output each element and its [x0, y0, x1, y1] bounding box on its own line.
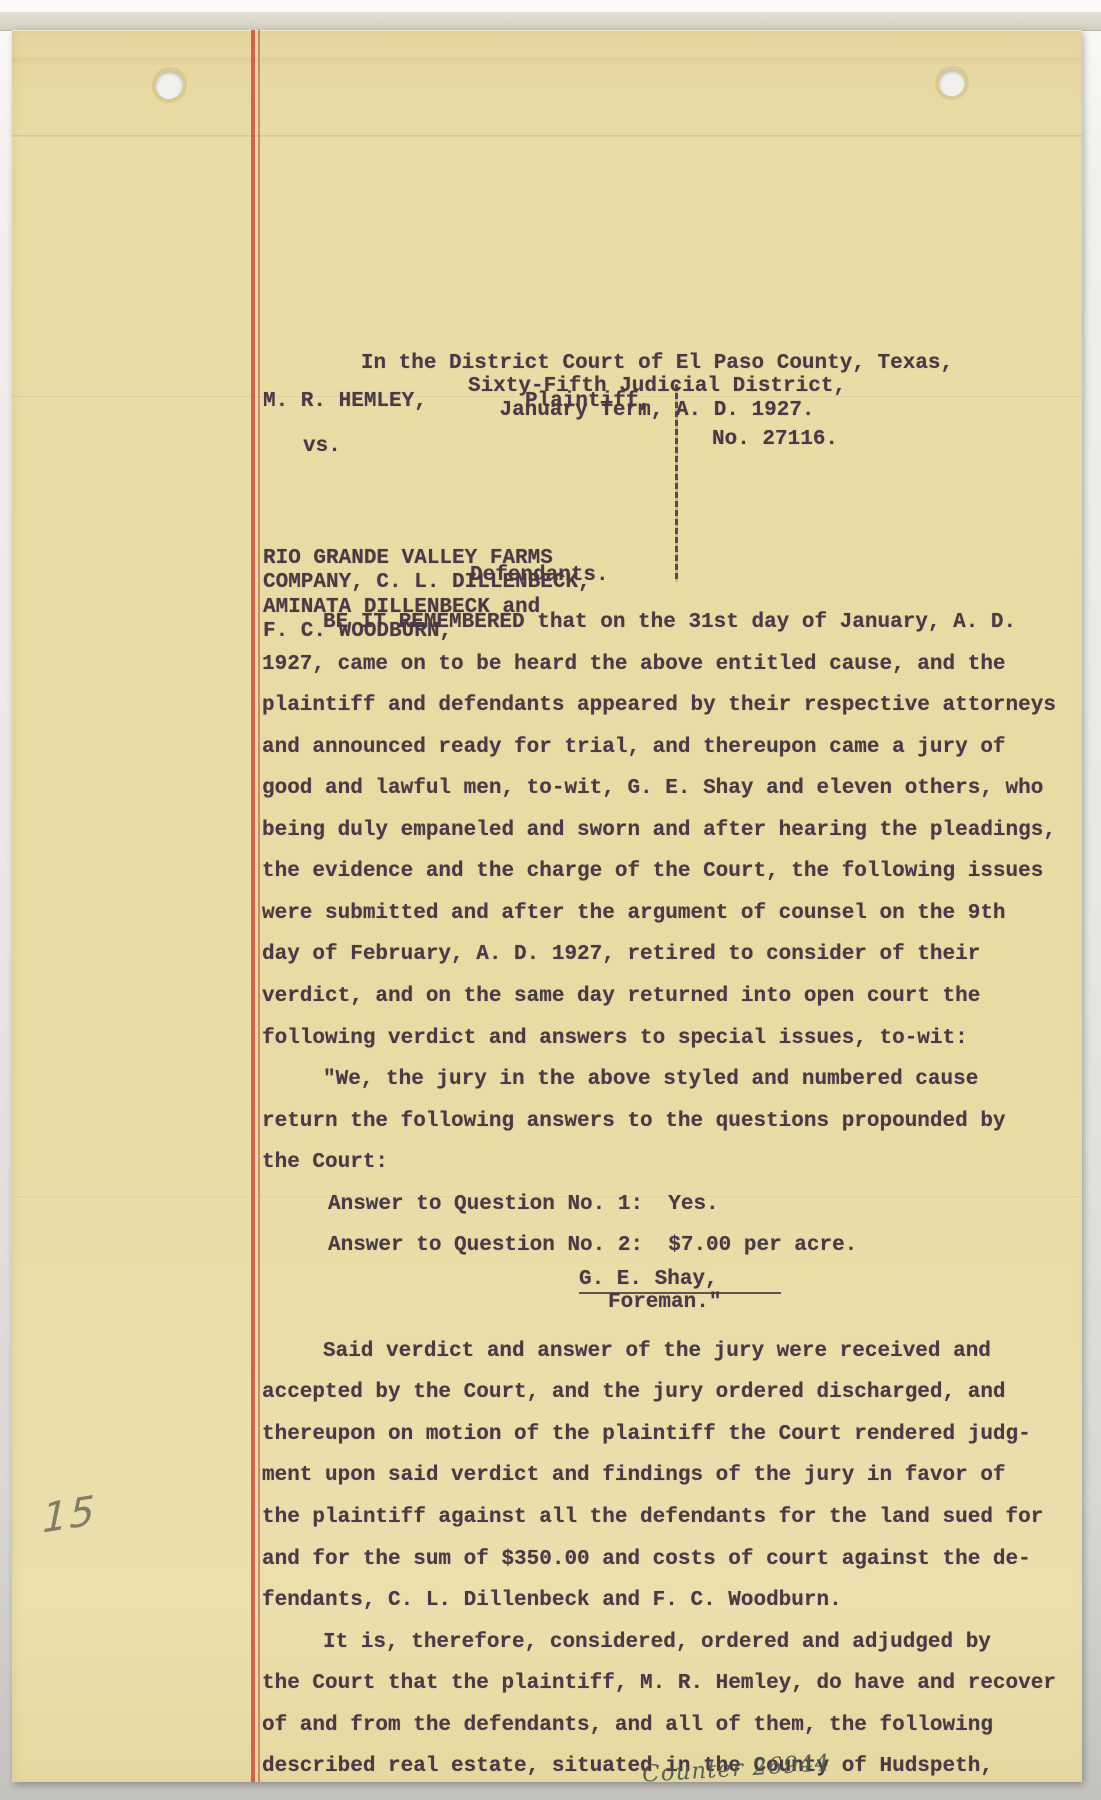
- versus-label: vs.: [303, 435, 341, 458]
- court-heading: In the District Court of El Paso County,…: [357, 281, 957, 422]
- defendants-role-label: Defendants.: [470, 564, 609, 587]
- pencil-page-number: 15: [42, 1487, 97, 1542]
- scanned-court-document: In the District Court of El Paso County,…: [0, 0, 1101, 1800]
- court-heading-line: Sixty-Fifth Judicial District,: [357, 375, 957, 399]
- sleeve-edge: [0, 12, 1101, 31]
- court-heading-line: In the District Court of El Paso County,…: [357, 352, 957, 376]
- defendant-name-line: F. C. WOODBURN,: [263, 620, 591, 645]
- red-margin-rule-inner: [258, 30, 260, 1782]
- court-heading-line: January Term, A. D. 1927.: [357, 399, 957, 423]
- plaintiff-name: M. R. HEMLEY,: [263, 390, 427, 413]
- defendant-name-line: AMINATA DILLENBECK and: [263, 596, 591, 621]
- caption-bracket: [675, 384, 678, 582]
- case-number: No. 27116.: [712, 428, 838, 451]
- plaintiff-role-label: Plaintiff,: [525, 390, 651, 413]
- defendant-names: RIO GRANDE VALLEY FARMSCOMPANY, C. L. DI…: [263, 473, 591, 645]
- red-margin-rule: [251, 30, 255, 1782]
